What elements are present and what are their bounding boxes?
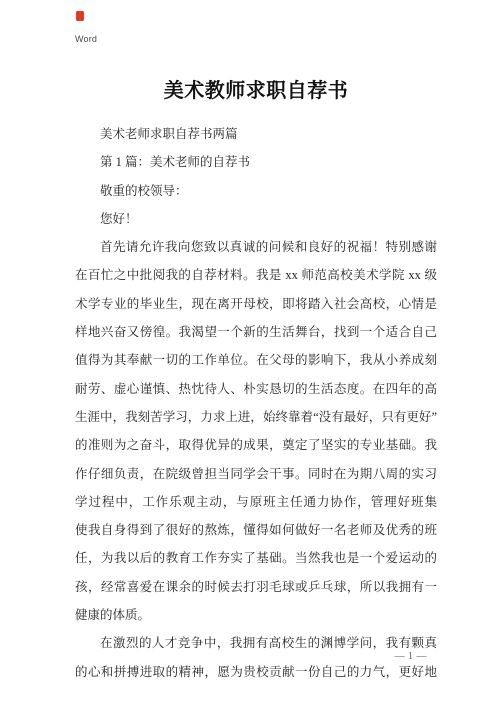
word-file-icon xyxy=(76,11,84,21)
body-text-line: 任，为我以后的教育工作夯实了基础。当然我也是一个爱运动的女 xyxy=(75,544,437,572)
body-text-line: 第 1 篇：美术老师的自荐书 xyxy=(75,148,437,176)
body-text-line: 学过程中，工作乐观主动，与原班主任通力协作，管理好班集体， xyxy=(75,488,437,516)
body-text-line: 您好！ xyxy=(75,205,437,233)
document-title: 美术教师求职自荐书 xyxy=(75,76,437,106)
body-text-line: 孩，经常喜爱在课余的时候去打羽毛球或乒乓球，所以我拥有一个 xyxy=(75,573,437,601)
body-text-line: 在激烈的人才竞争中，我拥有高校生的渊博学问，我有颗真挚 xyxy=(75,629,437,657)
document-body: 美术老师求职自荐书两篇第 1 篇：美术老师的自荐书敬重的校领导：您好！首先请允许… xyxy=(75,120,437,686)
body-text-line: 美术老师求职自荐书两篇 xyxy=(75,120,437,148)
word-watermark-label: Word xyxy=(75,34,97,44)
body-text-line: 敬重的校领导： xyxy=(75,177,437,205)
viewer-watermark: Word xyxy=(75,11,97,44)
body-text-line: 首先请允许我向您致以真诚的问候和良好的祝福！特别感谢您 xyxy=(75,233,437,261)
body-text-line: 使我自身得到了很好的熬炼，懂得如何做好一名老师及优秀的班主 xyxy=(75,516,437,544)
body-text-line: 生涯中，我刻苦学习，力求上进，始终靠着“没有最好，只有更好” xyxy=(75,403,437,431)
body-text-line: 在百忙之中批阅我的自荐材料。我是 xx 师范高校美术学院 xx 级美 xyxy=(75,261,437,289)
body-text-line: 健康的体质。 xyxy=(75,601,437,629)
page-number: — 1 — xyxy=(395,651,428,662)
body-text-line: 耐劳、虚心谨慎、热忱待人、朴实恳切的生活态度。在四年的高校 xyxy=(75,375,437,403)
body-text-line: 作仔细负责，在院级曾担当同学会干事。同时在为期八周的实习教 xyxy=(75,460,437,488)
body-text-line: 术学专业的毕业生，现在离开母校，即将踏入社会高校，心情是那 xyxy=(75,290,437,318)
body-text-line: 的准则为之奋斗，取得优异的成果，奠定了坚实的专业基础。我工 xyxy=(75,431,437,459)
body-text-line: 样地兴奋又傍徨。我渴望一个新的生活舞台，找到一个适合自己并 xyxy=(75,318,437,346)
document-page: Word 美术教师求职自荐书 美术老师求职自荐书两篇第 1 篇：美术老师的自荐书… xyxy=(0,0,500,707)
body-text-line: 的心和拼搏进取的精神，愿为贵校贡献一份自己的力气，更好地为 xyxy=(75,658,437,686)
body-text-line: 值得为其奉献一切的工作单位。在父母的影响下，我从小养成刻苦 xyxy=(75,346,437,374)
